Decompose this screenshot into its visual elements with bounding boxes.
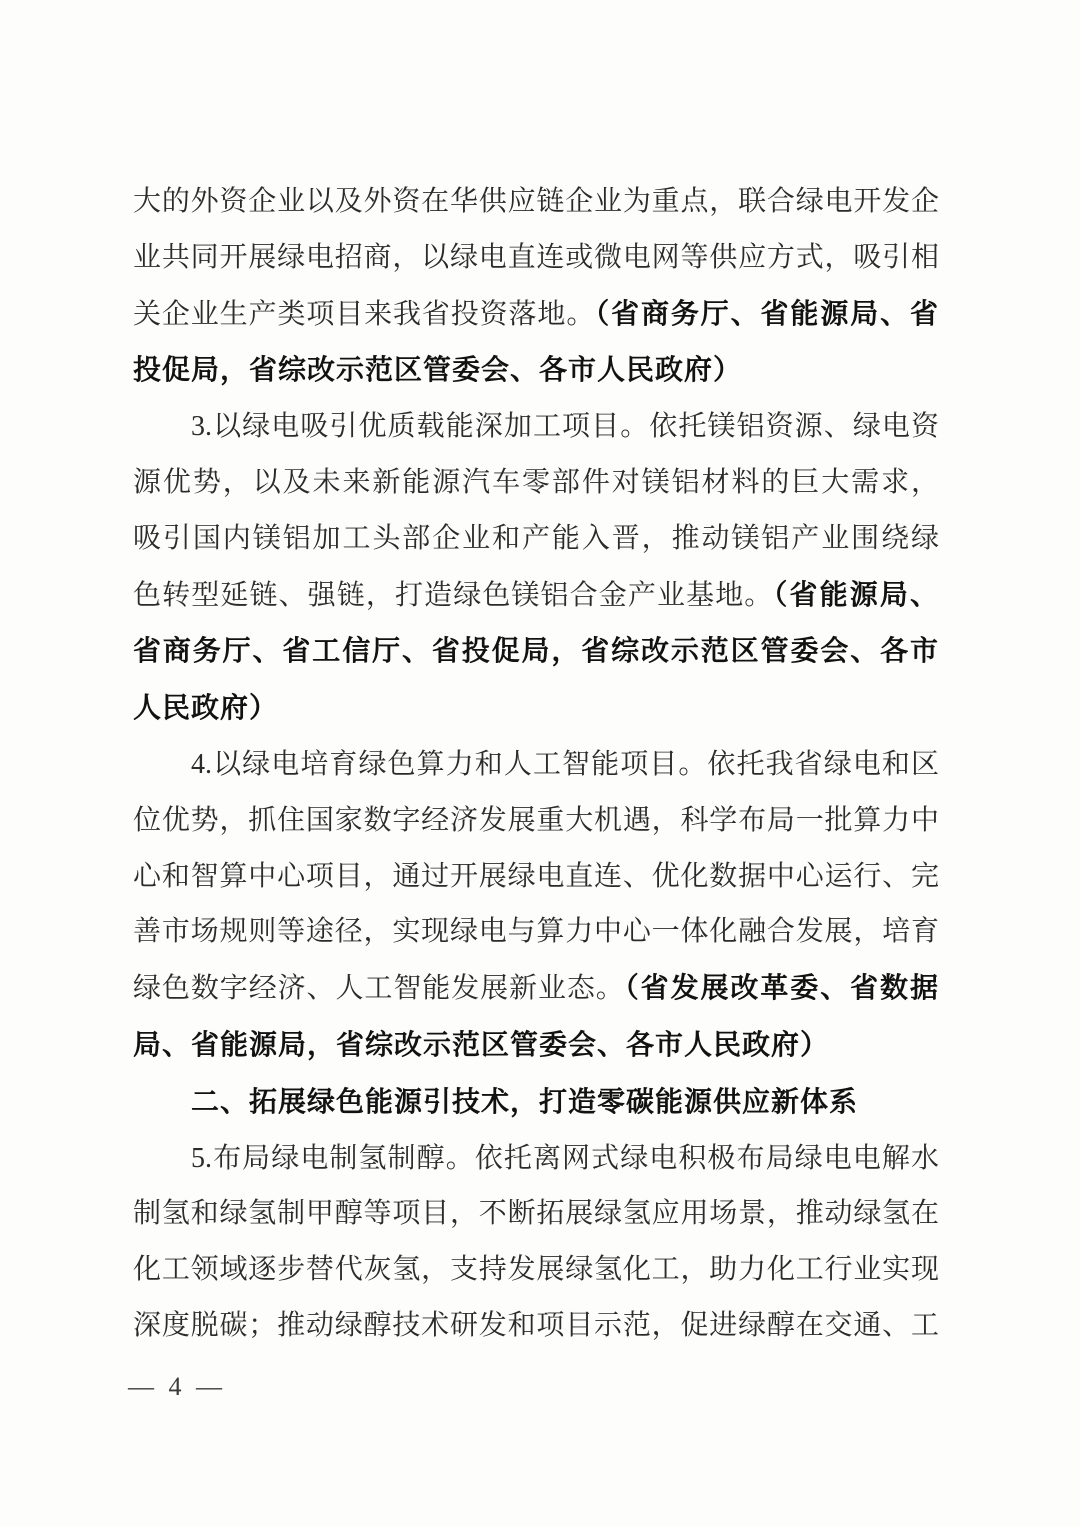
document-line: 源优势，以及未来新能源汽车零部件对镁铝材料的巨大需求， xyxy=(133,455,939,511)
bold-department-segment: 二、拓展绿色能源引技术，打造零碳能源供应新体系 xyxy=(191,1086,858,1117)
text-segment: 吸引国内镁铝加工头部企业和产能入晋，推动镁铝产业围绕绿 xyxy=(133,523,939,554)
text-segment: 化工领域逐步替代灰氢，支持发展绿氢化工，助力化工行业实现 xyxy=(133,1254,939,1285)
text-segment: 色转型延链、强链，打造绿色镁铝合金产业基地。 xyxy=(133,580,773,611)
bold-department-segment: （省能源局、 xyxy=(773,579,939,610)
bold-department-segment: 省商务厅、省工信厅、省投促局，省综改示范区管委会、各市 xyxy=(133,635,939,666)
document-page: 大的外资企业以及外资在华供应链企业为重点，联合绿电开发企业共同开展绿电招商，以绿… xyxy=(0,0,1080,1527)
text-segment: 心和智算中心项目，通过开展绿电直连、优化数据中心运行、完 xyxy=(133,861,939,892)
document-line: 人民政府） xyxy=(133,680,939,737)
document-line: 省商务厅、省工信厅、省投促局，省综改示范区管委会、各市 xyxy=(133,623,939,680)
bold-department-segment: 人民政府） xyxy=(133,692,278,723)
document-line: 色转型延链、强链，打造绿色镁铝合金产业基地。（省能源局、 xyxy=(133,567,939,624)
document-line: 局、省能源局，省综改示范区管委会、各市人民政府） xyxy=(133,1017,939,1074)
page-footer: — 4 — xyxy=(128,1372,226,1402)
document-line: 投促局，省综改示范区管委会、各市人民政府） xyxy=(133,342,939,399)
document-line: 二、拓展绿色能源引技术，打造零碳能源供应新体系 xyxy=(133,1074,939,1131)
document-line: 大的外资企业以及外资在华供应链企业为重点，联合绿电开发企 xyxy=(133,174,939,230)
document-line: 5.布局绿电制氢制醇。依托离网式绿电积极布局绿电电解水 xyxy=(133,1131,939,1187)
document-line: 3.以绿电吸引优质载能深加工项目。依托镁铝资源、绿电资 xyxy=(133,399,939,455)
document-line: 4.以绿电培育绿色算力和人工智能项目。依托我省绿电和区 xyxy=(133,737,939,793)
page-number: — 4 — xyxy=(128,1372,226,1401)
text-segment: 绿色数字经济、人工智能发展新业态。 xyxy=(133,973,625,1004)
document-line: 制氢和绿氢制甲醇等项目，不断拓展绿氢应用场景，推动绿氢在 xyxy=(133,1186,939,1242)
document-line: 位优势，抓住国家数字经济发展重大机遇，科学布局一批算力中 xyxy=(133,793,939,849)
document-line: 吸引国内镁铝加工头部企业和产能入晋，推动镁铝产业围绕绿 xyxy=(133,511,939,567)
document-line: 化工领域逐步替代灰氢，支持发展绿氢化工，助力化工行业实现 xyxy=(133,1242,939,1298)
document-line: 绿色数字经济、人工智能发展新业态。（省发展改革委、省数据 xyxy=(133,960,939,1017)
text-segment: 深度脱碳；推动绿醇技术研发和项目示范，促进绿醇在交通、工 xyxy=(133,1310,939,1341)
text-segment: 4.以绿电培育绿色算力和人工智能项目。依托我省绿电和区 xyxy=(191,749,939,780)
text-segment: 善市场规则等途径，实现绿电与算力中心一体化融合发展，培育 xyxy=(133,916,939,947)
text-segment: 源优势，以及未来新能源汽车零部件对镁铝材料的巨大需求， xyxy=(133,467,939,498)
document-line: 心和智算中心项目，通过开展绿电直连、优化数据中心运行、完 xyxy=(133,849,939,905)
document-line: 关企业生产类项目来我省投资落地。（省商务厅、省能源局、省 xyxy=(133,286,939,343)
document-line: 深度脱碳；推动绿醇技术研发和项目示范，促进绿醇在交通、工 xyxy=(133,1298,939,1354)
bold-department-segment: （省发展改革委、省数据 xyxy=(625,972,939,1003)
bold-department-segment: （省商务厅、省能源局、省 xyxy=(595,298,939,329)
document-line: 业共同开展绿电招商，以绿电直连或微电网等供应方式，吸引相 xyxy=(133,230,939,286)
bold-department-segment: 投促局，省综改示范区管委会、各市人民政府） xyxy=(133,354,742,385)
bold-department-segment: 局、省能源局，省综改示范区管委会、各市人民政府） xyxy=(133,1029,829,1060)
text-segment: 业共同开展绿电招商，以绿电直连或微电网等供应方式，吸引相 xyxy=(133,242,939,273)
text-segment: 大的外资企业以及外资在华供应链企业为重点，联合绿电开发企 xyxy=(133,186,939,217)
text-segment: 5.布局绿电制氢制醇。依托离网式绿电积极布局绿电电解水 xyxy=(191,1143,939,1174)
text-segment: 关企业生产类项目来我省投资落地。 xyxy=(133,299,595,330)
text-segment: 3.以绿电吸引优质载能深加工项目。依托镁铝资源、绿电资 xyxy=(191,411,939,442)
document-body: 大的外资企业以及外资在华供应链企业为重点，联合绿电开发企业共同开展绿电招商，以绿… xyxy=(133,174,939,1354)
document-line: 善市场规则等途径，实现绿电与算力中心一体化融合发展，培育 xyxy=(133,904,939,960)
text-segment: 位优势，抓住国家数字经济发展重大机遇，科学布局一批算力中 xyxy=(133,805,939,836)
text-segment: 制氢和绿氢制甲醇等项目，不断拓展绿氢应用场景，推动绿氢在 xyxy=(133,1198,939,1229)
